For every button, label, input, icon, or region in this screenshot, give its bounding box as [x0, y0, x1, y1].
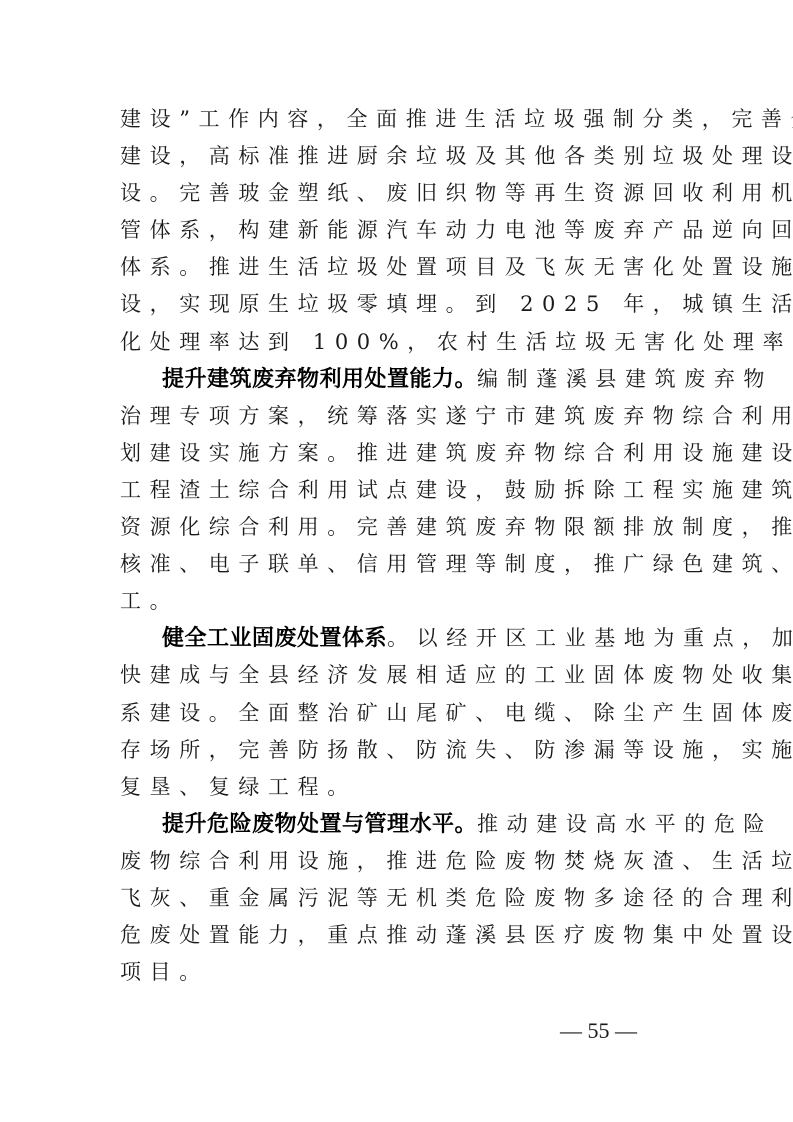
- paragraph-hazardous-waste: 提升危险废物处置与管理水平。推动建设高水平的危险 废物综合利用设施，推进危险废物…: [120, 806, 680, 991]
- text-line: 设，实现原生垃圾零填埋。到 2025 年，城镇生活垃圾无害: [120, 286, 680, 323]
- paragraph-construction-waste: 提升建筑废弃物利用处置能力。编制蓬溪县建筑废弃物 治理专项方案，统筹落实遂宁市建…: [120, 361, 680, 621]
- paragraph-heading: 提升建筑废弃物利用处置能力。: [162, 367, 477, 392]
- paragraph-heading: 健全工业固废处置体系: [162, 626, 387, 651]
- text-line: 划建设实施方案。推进建筑废弃物综合利用设施建设，推动: [120, 435, 680, 472]
- text-line: 核准、电子联单、信用管理等制度，推广绿色建筑、绿色施: [120, 546, 680, 583]
- text-line: 快建成与全县经济发展相适应的工业固体废物处收集置体: [120, 657, 680, 694]
- text-line-first: 提升建筑废弃物利用处置能力。编制蓬溪县建筑废弃物: [120, 361, 680, 398]
- text-line: 项目。: [120, 954, 680, 991]
- text-line: 设。完善玻金塑纸、废旧织物等再生资源回收利用机制及监: [120, 175, 680, 212]
- page-number: — 55 —: [560, 1018, 637, 1044]
- text-line: 工。: [120, 583, 680, 620]
- text-line: 建设，高标准推进厨余垃圾及其他各类别垃圾处理设施建: [120, 138, 680, 175]
- paragraph-heading: 提升危险废物处置与管理水平。: [162, 812, 477, 837]
- text-line: 飞灰、重金属污泥等无机类危险废物多途径的合理利用提升: [120, 880, 680, 917]
- paragraph-household-waste: 建设”工作内容，全面推进生活垃圾强制分类，完善分类体系 建设，高标准推进厨余垃圾…: [120, 101, 680, 361]
- text-line: 体系。推进生活垃圾处置项目及飞灰无害化处置设施配套建: [120, 249, 680, 286]
- text-line: 化处理率达到 100%，农村生活垃圾无害化处理率达到 95%。: [120, 324, 680, 361]
- text-line: 复垦、复绿工程。: [120, 769, 680, 806]
- text-line: 工程渣土综合利用试点建设，鼓励拆除工程实施建筑废弃物: [120, 472, 680, 509]
- text-line: 危废处置能力，重点推动蓬溪县医疗废物集中处置设施建设: [120, 917, 680, 954]
- text-line: 废物综合利用设施，推进危险废物焚烧灰渣、生活垃圾焚烧: [120, 843, 680, 880]
- paragraph-industrial-solid-waste: 健全工业固废处置体系。以经开区工业基地为重点，加 快建成与全县经济发展相适应的工…: [120, 620, 680, 805]
- text-run: 推动建设高水平的危险: [477, 812, 773, 836]
- text-run: 。以经开区工业基地为重点，加: [387, 626, 793, 650]
- text-run: 编制蓬溪县建筑废弃物: [477, 367, 773, 391]
- text-line: 治理专项方案，统筹落实遂宁市建筑废弃物综合利用设施规: [120, 398, 680, 435]
- document-page: 建设”工作内容，全面推进生活垃圾强制分类，完善分类体系 建设，高标准推进厨余垃圾…: [120, 101, 680, 991]
- text-line: 建设”工作内容，全面推进生活垃圾强制分类，完善分类体系: [120, 101, 680, 138]
- text-line: 存场所，完善防扬散、防流失、防渗漏等设施，实施复耕、: [120, 732, 680, 769]
- text-line-first: 提升危险废物处置与管理水平。推动建设高水平的危险: [120, 806, 680, 843]
- text-line: 系建设。全面整治矿山尾矿、电缆、除尘产生固体废物的堆: [120, 695, 680, 732]
- text-line: 管体系，构建新能源汽车动力电池等废弃产品逆向回收利用: [120, 212, 680, 249]
- text-line-first: 健全工业固废处置体系。以经开区工业基地为重点，加: [120, 620, 680, 657]
- text-line: 资源化综合利用。完善建筑废弃物限额排放制度，推行排放: [120, 509, 680, 546]
